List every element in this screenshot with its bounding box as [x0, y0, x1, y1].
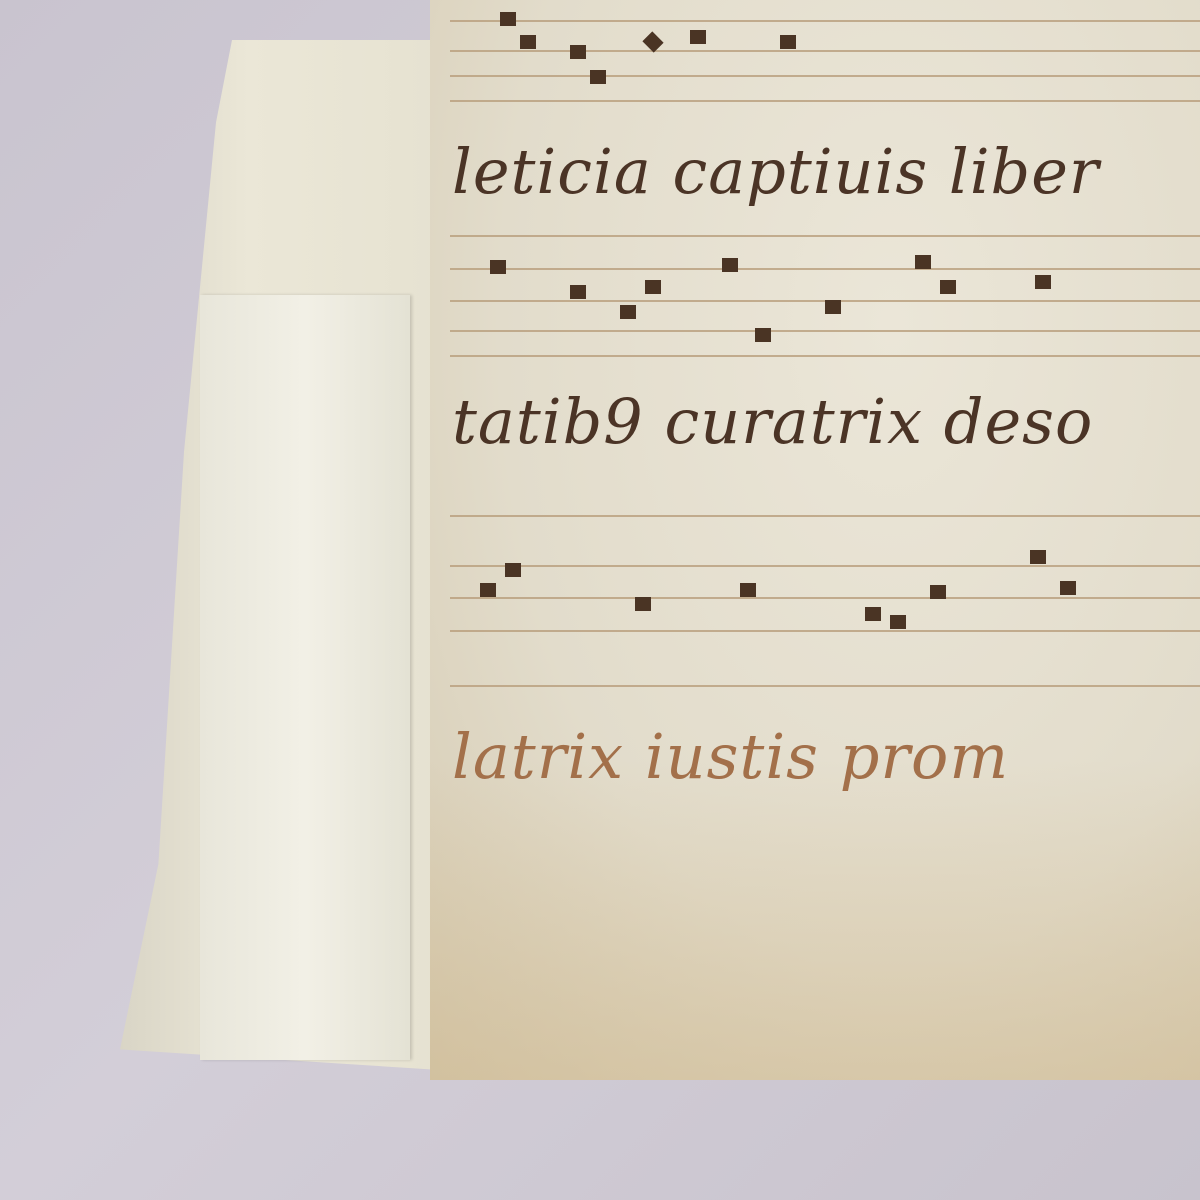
lyric-line-3: latrix iustis prom	[452, 720, 1009, 793]
lyric-line-1: leticia captiuis liber	[452, 135, 1100, 208]
music-staff-2	[450, 230, 1200, 350]
music-staff-1	[450, 0, 1200, 100]
lyric-line-2: tatib9 curatrix deso	[452, 385, 1093, 458]
music-staff-3	[450, 515, 1200, 685]
paper-mounting-tab	[200, 295, 410, 1060]
